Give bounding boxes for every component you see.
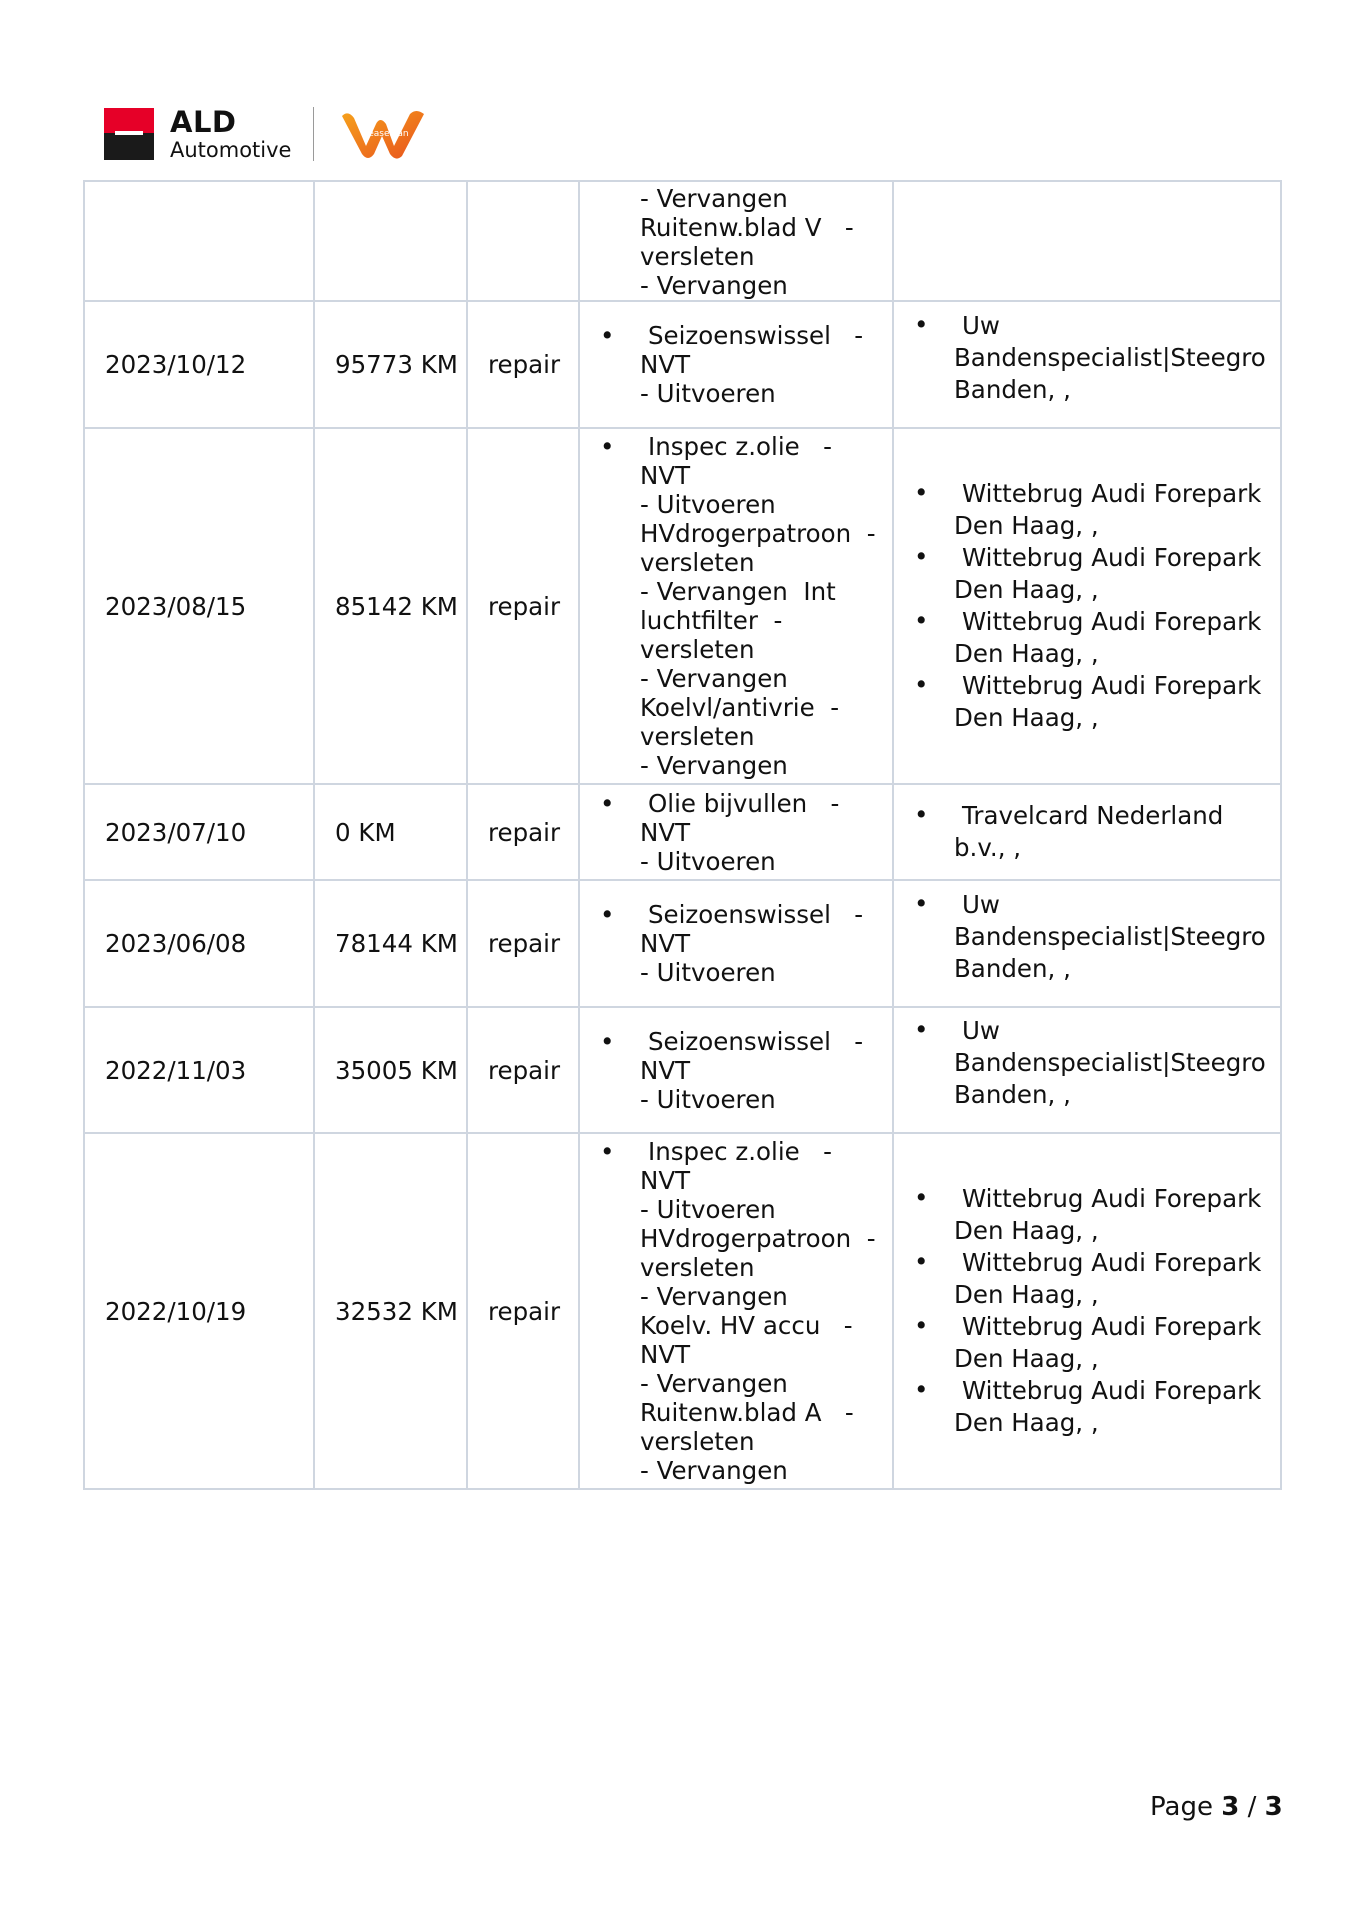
bullet-icon: • xyxy=(600,1137,620,1166)
supplier-line: Bandenspecialist|Steegro xyxy=(954,1047,1272,1079)
operation-line: NVT xyxy=(640,1340,884,1369)
date-cell: 2023/08/15 xyxy=(84,428,314,784)
page-label: Page xyxy=(1150,1792,1213,1822)
current-page: 3 xyxy=(1221,1792,1239,1822)
date-cell: 2022/10/19 xyxy=(84,1133,314,1489)
page-header: ALD Automotive LeasePlan xyxy=(104,104,432,164)
supplier-line: Den Haag, , xyxy=(954,702,1272,734)
operation-line: NVT xyxy=(640,929,884,958)
operation-line: - Vervangen xyxy=(640,184,884,213)
bullet-icon: • xyxy=(914,889,934,918)
operation-line: - Vervangen xyxy=(640,751,884,780)
supplier-item: •Wittebrug Audi ForeparkDen Haag, , xyxy=(914,670,1272,734)
supplier-line: Den Haag, , xyxy=(954,1407,1272,1439)
leaseplan-logo: LeasePlan xyxy=(336,106,432,162)
operation-line: - Vervangen xyxy=(640,1456,884,1485)
operation-line: luchtfilter - xyxy=(640,606,884,635)
operation-line: - Uitvoeren xyxy=(640,958,884,987)
supplier-item: •Wittebrug Audi ForeparkDen Haag, , xyxy=(914,1247,1272,1311)
operation-line: - Vervangen xyxy=(640,664,884,693)
supplier-cell: •UwBandenspecialist|SteegroBanden, , xyxy=(893,1007,1281,1133)
operation-line: Koelv. HV accu - xyxy=(640,1311,884,1340)
supplier-line: Den Haag, , xyxy=(954,1279,1272,1311)
supplier-line: Den Haag, , xyxy=(954,1343,1272,1375)
mileage-cell: 85142 KM xyxy=(314,428,467,784)
supplier-line: Banden, , xyxy=(954,374,1272,406)
operation-line: - Vervangen xyxy=(640,1369,884,1398)
table-row: 2023/10/1295773 KMrepair•Seizoenswissel … xyxy=(84,301,1281,428)
operation-line: - Uitvoeren xyxy=(640,379,884,408)
supplier-line: Den Haag, , xyxy=(954,1215,1272,1247)
supplier-line: Wittebrug Audi Forepark xyxy=(954,1311,1272,1343)
supplier-line: Den Haag, , xyxy=(954,574,1272,606)
operation-line: Seizoenswissel - xyxy=(640,321,884,350)
bullet-icon: • xyxy=(914,1247,934,1276)
bullet-icon: • xyxy=(914,670,934,699)
supplier-line: b.v., , xyxy=(954,832,1272,864)
mileage-cell: 32532 KM xyxy=(314,1133,467,1489)
supplier-line: Travelcard Nederland xyxy=(954,800,1272,832)
supplier-line: Den Haag, , xyxy=(954,510,1272,542)
operation-item: •Olie bijvullen -NVT- Uitvoeren xyxy=(600,789,884,876)
date-cell xyxy=(84,181,314,301)
table-row: 2023/08/1585142 KMrepair•Inspec z.olie -… xyxy=(84,428,1281,784)
supplier-cell: •UwBandenspecialist|SteegroBanden, , xyxy=(893,301,1281,428)
supplier-line: Wittebrug Audi Forepark xyxy=(954,1183,1272,1215)
type-cell: repair xyxy=(467,880,579,1007)
bullet-icon: • xyxy=(600,789,620,818)
operation-line: Koelvl/antivrie - xyxy=(640,693,884,722)
bullet-icon: • xyxy=(914,1311,934,1340)
mileage-cell: 78144 KM xyxy=(314,880,467,1007)
type-cell: repair xyxy=(467,428,579,784)
supplier-line: Wittebrug Audi Forepark xyxy=(954,1247,1272,1279)
bullet-icon: • xyxy=(600,900,620,929)
supplier-cell: •Wittebrug Audi ForeparkDen Haag, ,•Witt… xyxy=(893,1133,1281,1489)
operation-line: Seizoenswissel - xyxy=(640,1027,884,1056)
supplier-cell: •Wittebrug Audi ForeparkDen Haag, ,•Witt… xyxy=(893,428,1281,784)
operation-line: HVdrogerpatroon - xyxy=(640,519,884,548)
bullet-icon: • xyxy=(914,800,934,829)
bullet-icon: • xyxy=(914,1183,934,1212)
operation-line: NVT xyxy=(640,1056,884,1085)
bullet-icon: • xyxy=(914,606,934,635)
supplier-line: Banden, , xyxy=(954,953,1272,985)
operations-cell: •Inspec z.olie -NVT- UitvoerenHVdrogerpa… xyxy=(579,1133,893,1489)
operation-item: •Seizoenswissel -NVT- Uitvoeren xyxy=(600,900,884,987)
date-cell: 2023/10/12 xyxy=(84,301,314,428)
operation-item: - VervangenRuitenw.blad V -versleten- Ve… xyxy=(600,184,884,300)
supplier-item: •Wittebrug Audi ForeparkDen Haag, , xyxy=(914,606,1272,670)
operation-line: versleten xyxy=(640,1427,884,1456)
date-cell: 2023/06/08 xyxy=(84,880,314,1007)
supplier-line: Den Haag, , xyxy=(954,638,1272,670)
operation-line: HVdrogerpatroon - xyxy=(640,1224,884,1253)
date-cell: 2022/11/03 xyxy=(84,1007,314,1133)
total-pages: 3 xyxy=(1265,1792,1283,1822)
ald-logo-mark xyxy=(104,108,154,160)
type-cell: repair xyxy=(467,1007,579,1133)
supplier-line: Uw xyxy=(954,889,1272,921)
operation-item: •Inspec z.olie -NVT- UitvoerenHVdrogerpa… xyxy=(600,1137,884,1485)
supplier-line: Wittebrug Audi Forepark xyxy=(954,478,1272,510)
operations-cell: •Seizoenswissel -NVT- Uitvoeren xyxy=(579,1007,893,1133)
operation-line: versleten xyxy=(640,242,884,271)
operation-line: Inspec z.olie - xyxy=(640,432,884,461)
bullet-icon: • xyxy=(600,432,620,461)
ald-brand-name: ALD Automotive xyxy=(170,108,291,161)
operations-cell: •Seizoenswissel -NVT- Uitvoeren xyxy=(579,880,893,1007)
supplier-item: •Wittebrug Audi ForeparkDen Haag, , xyxy=(914,1311,1272,1375)
supplier-item: •Wittebrug Audi ForeparkDen Haag, , xyxy=(914,1375,1272,1439)
bullet-icon: • xyxy=(914,310,934,339)
operations-cell: - VervangenRuitenw.blad V -versleten- Ve… xyxy=(579,181,893,301)
operation-line: - Vervangen xyxy=(640,271,884,300)
operation-item: •Seizoenswissel -NVT- Uitvoeren xyxy=(600,321,884,408)
page-separator: / xyxy=(1248,1792,1257,1822)
operation-line: - Vervangen Int xyxy=(640,577,884,606)
supplier-item: •Travelcard Nederlandb.v., , xyxy=(914,800,1272,864)
date-cell: 2023/07/10 xyxy=(84,784,314,880)
maintenance-history-table: - VervangenRuitenw.blad V -versleten- Ve… xyxy=(83,180,1282,1490)
bullet-icon: • xyxy=(914,542,934,571)
logo-divider xyxy=(313,107,314,161)
supplier-item: •Wittebrug Audi ForeparkDen Haag, , xyxy=(914,478,1272,542)
bullet-icon: • xyxy=(600,1027,620,1056)
supplier-line: Wittebrug Audi Forepark xyxy=(954,542,1272,574)
bullet-icon: • xyxy=(600,321,620,350)
mileage-cell xyxy=(314,181,467,301)
supplier-cell: •UwBandenspecialist|SteegroBanden, , xyxy=(893,880,1281,1007)
supplier-line: Bandenspecialist|Steegro xyxy=(954,342,1272,374)
bullet-icon: • xyxy=(914,1015,934,1044)
operation-line: versleten xyxy=(640,548,884,577)
operation-line: NVT xyxy=(640,818,884,847)
table-row: 2023/07/100 KMrepair•Olie bijvullen -NVT… xyxy=(84,784,1281,880)
supplier-item: •UwBandenspecialist|SteegroBanden, , xyxy=(914,310,1272,406)
operation-line: versleten xyxy=(640,1253,884,1282)
operation-line: Ruitenw.blad V - xyxy=(640,213,884,242)
operation-line: - Uitvoeren xyxy=(640,847,884,876)
supplier-line: Wittebrug Audi Forepark xyxy=(954,670,1272,702)
table-row: 2022/10/1932532 KMrepair•Inspec z.olie -… xyxy=(84,1133,1281,1489)
bullet-icon: • xyxy=(914,1375,934,1404)
supplier-line: Wittebrug Audi Forepark xyxy=(954,606,1272,638)
table-row: 2023/06/0878144 KMrepair•Seizoenswissel … xyxy=(84,880,1281,1007)
operations-cell: •Inspec z.olie -NVT- UitvoerenHVdrogerpa… xyxy=(579,428,893,784)
supplier-item: •Wittebrug Audi ForeparkDen Haag, , xyxy=(914,542,1272,606)
supplier-item: •UwBandenspecialist|SteegroBanden, , xyxy=(914,1015,1272,1111)
svg-text:LeasePlan: LeasePlan xyxy=(364,129,409,139)
operation-line: versleten xyxy=(640,722,884,751)
supplier-line: Bandenspecialist|Steegro xyxy=(954,921,1272,953)
operation-line: Inspec z.olie - xyxy=(640,1137,884,1166)
table-row: - VervangenRuitenw.blad V -versleten- Ve… xyxy=(84,181,1281,301)
operations-cell: •Seizoenswissel -NVT- Uitvoeren xyxy=(579,301,893,428)
supplier-line: Uw xyxy=(954,310,1272,342)
supplier-cell: •Travelcard Nederlandb.v., , xyxy=(893,784,1281,880)
operation-line: - Vervangen xyxy=(640,1282,884,1311)
supplier-line: Uw xyxy=(954,1015,1272,1047)
mileage-cell: 0 KM xyxy=(314,784,467,880)
operations-cell: •Olie bijvullen -NVT- Uitvoeren xyxy=(579,784,893,880)
brand-line-2: Automotive xyxy=(170,140,291,161)
operation-line: - Uitvoeren xyxy=(640,490,884,519)
brand-line-1: ALD xyxy=(170,108,291,137)
operation-line: versleten xyxy=(640,635,884,664)
type-cell: repair xyxy=(467,784,579,880)
page-number: Page 3 / 3 xyxy=(1150,1792,1283,1822)
supplier-line: Banden, , xyxy=(954,1079,1272,1111)
operation-line: NVT xyxy=(640,350,884,379)
type-cell: repair xyxy=(467,1133,579,1489)
supplier-line: Wittebrug Audi Forepark xyxy=(954,1375,1272,1407)
table-row: 2022/11/0335005 KMrepair•Seizoenswissel … xyxy=(84,1007,1281,1133)
operation-line: Seizoenswissel - xyxy=(640,900,884,929)
type-cell: repair xyxy=(467,301,579,428)
mileage-cell: 95773 KM xyxy=(314,301,467,428)
operation-line: - Uitvoeren xyxy=(640,1195,884,1224)
bullet-icon: • xyxy=(914,478,934,507)
supplier-item: •UwBandenspecialist|SteegroBanden, , xyxy=(914,889,1272,985)
supplier-cell xyxy=(893,181,1281,301)
operation-line: NVT xyxy=(640,461,884,490)
operation-item: •Seizoenswissel -NVT- Uitvoeren xyxy=(600,1027,884,1114)
operation-line: Olie bijvullen - xyxy=(640,789,884,818)
supplier-item: •Wittebrug Audi ForeparkDen Haag, , xyxy=(914,1183,1272,1247)
mileage-cell: 35005 KM xyxy=(314,1007,467,1133)
operation-line: Ruitenw.blad A - xyxy=(640,1398,884,1427)
operation-line: - Uitvoeren xyxy=(640,1085,884,1114)
operation-line: NVT xyxy=(640,1166,884,1195)
operation-item: •Inspec z.olie -NVT- UitvoerenHVdrogerpa… xyxy=(600,432,884,780)
type-cell xyxy=(467,181,579,301)
